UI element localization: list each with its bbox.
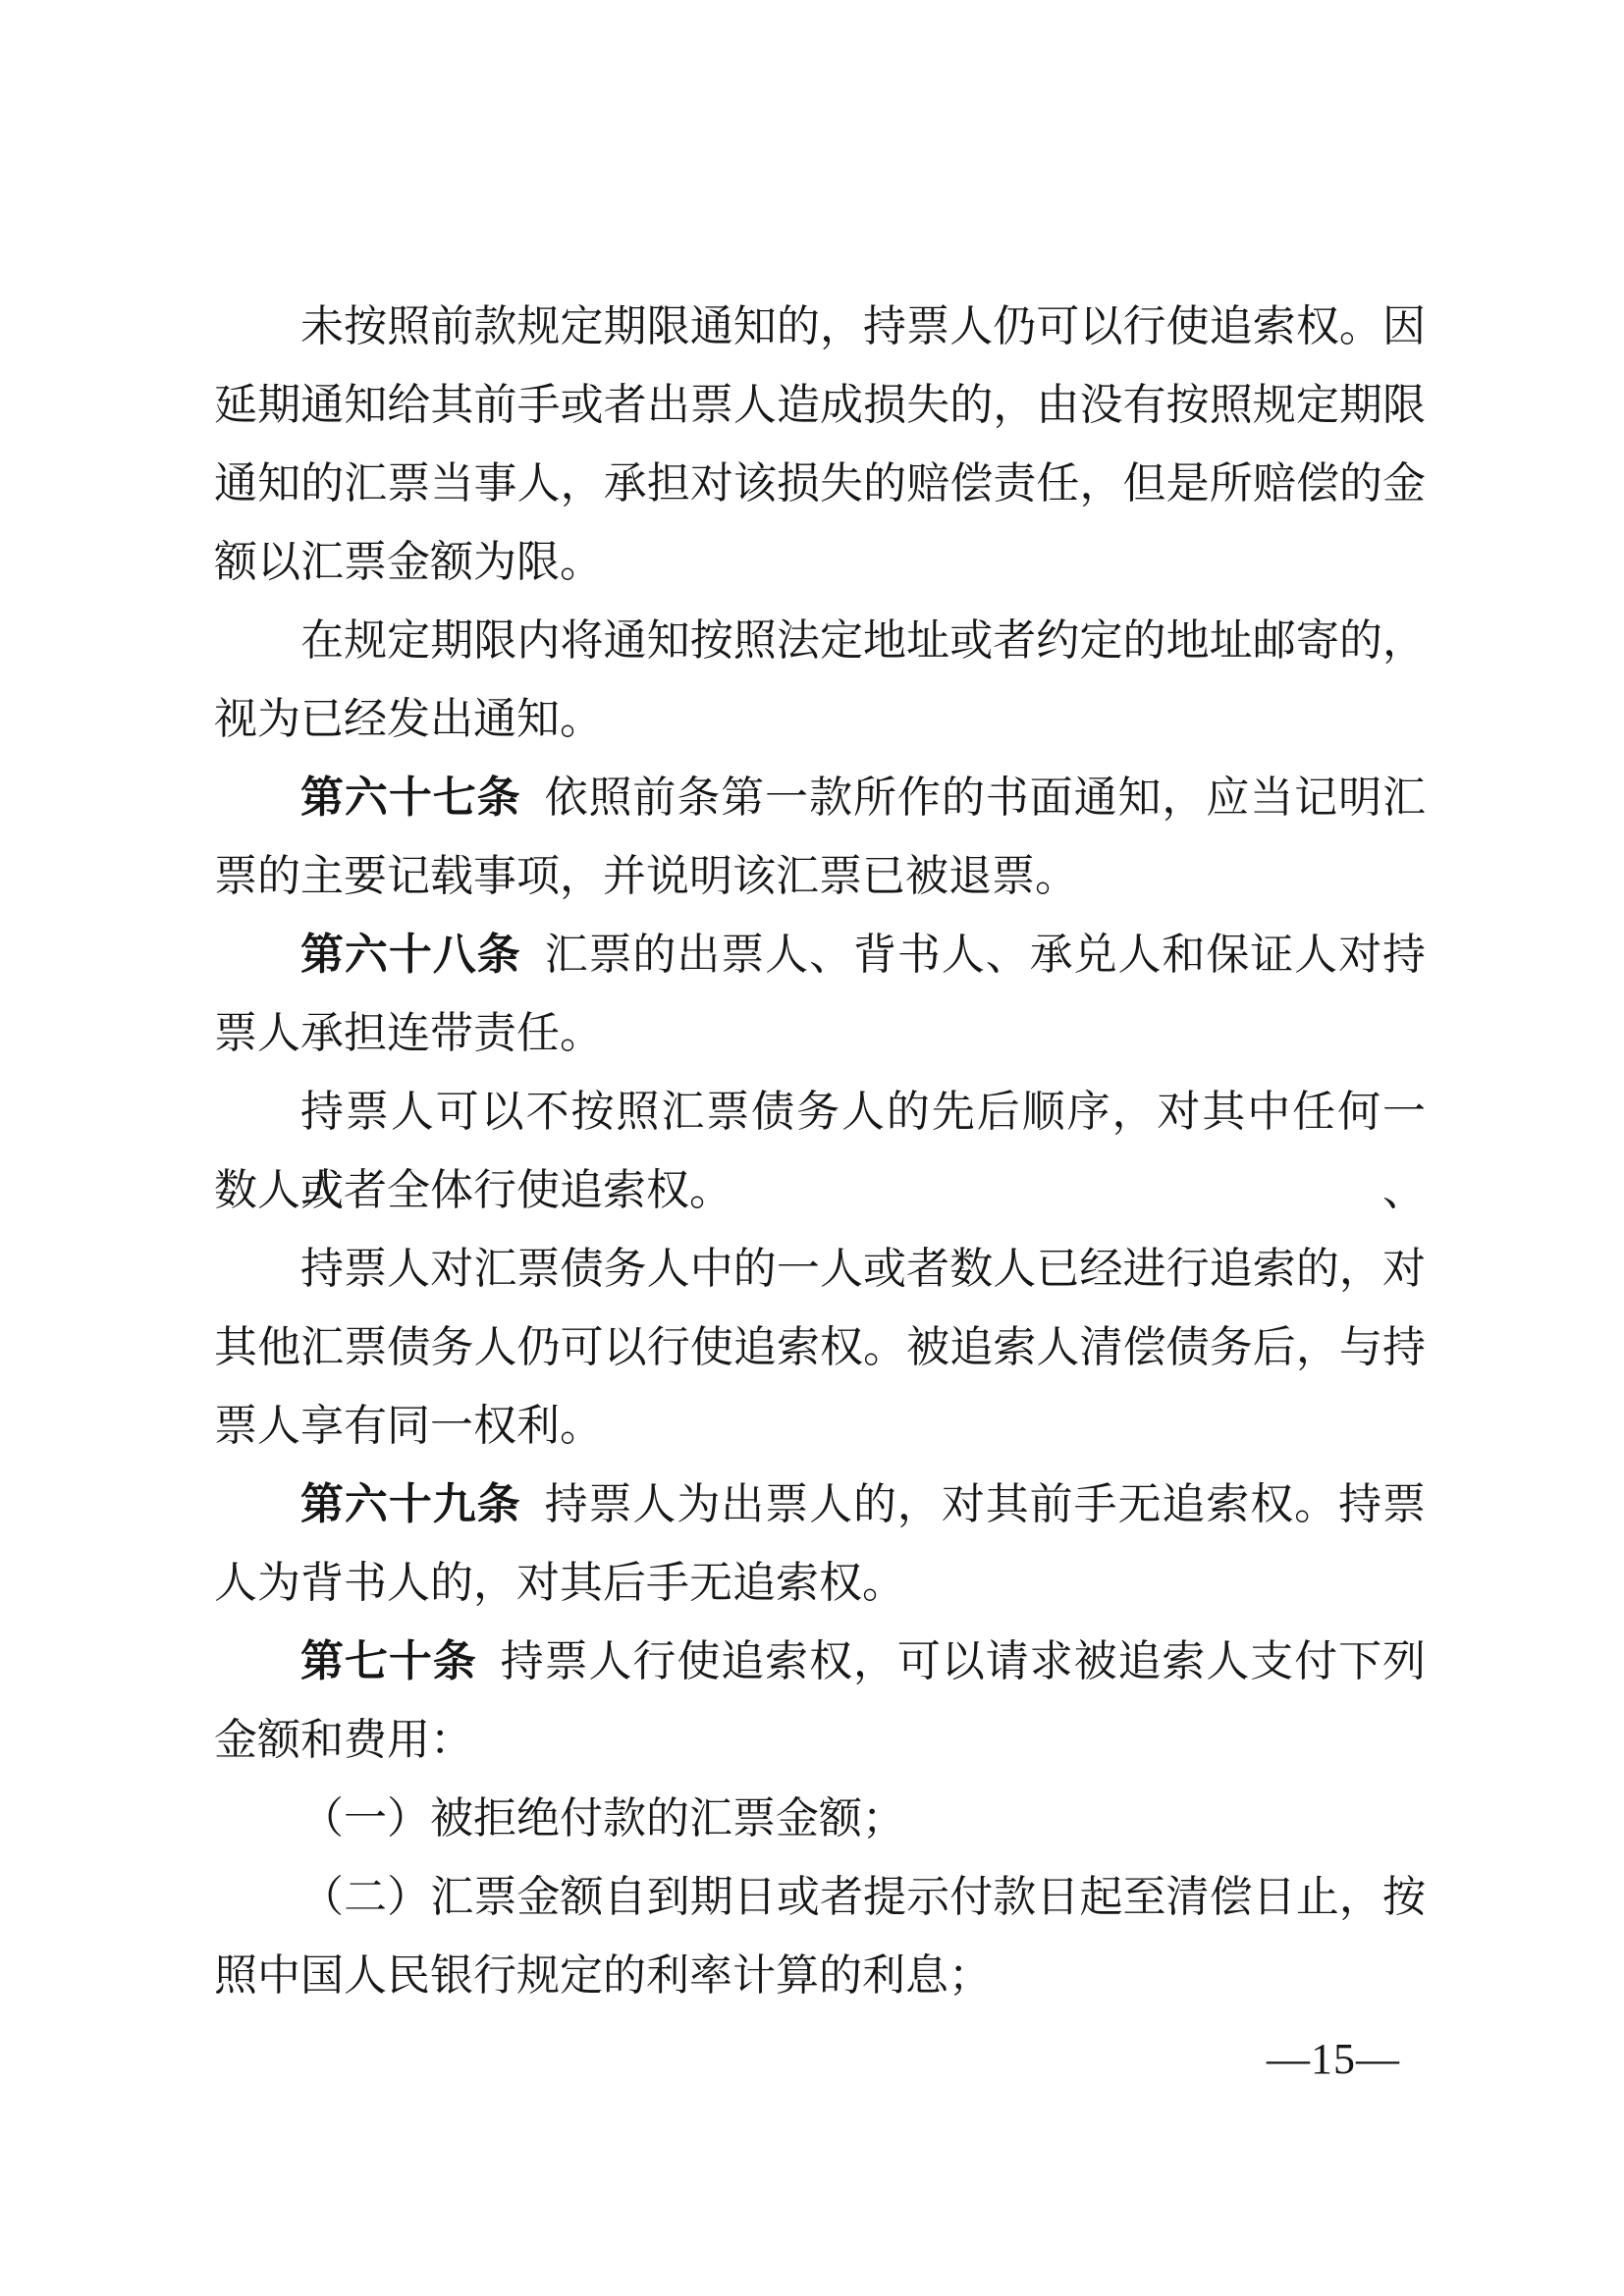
text-line: 票人享有同一权利。	[214, 1387, 1426, 1466]
body-text: 未按照前款规定期限通知的，持票人仍可以行使追索权。因 延期通知给其前手或者出票人…	[214, 288, 1426, 2015]
text-line: 票的主要记载事项，并说明该汇票已被退票。	[214, 837, 1426, 916]
text-line: 视为已经发出通知。	[214, 680, 1426, 759]
text-line: 第六十七条依照前条第一款所作的书面通知，应当记明汇	[214, 759, 1426, 837]
text-line: 持票人对汇票债务人中的一人或者数人已经进行追索的，对	[214, 1230, 1426, 1308]
article-number: 第六十九条	[300, 1480, 521, 1528]
text-line: 第七十条持票人行使追索权，可以请求被追索人支付下列	[214, 1623, 1426, 1701]
text-line: （一）被拒绝付款的汇票金额；	[214, 1780, 1426, 1858]
text-line: 金额和费用：	[214, 1701, 1426, 1780]
text-line: 照中国人民银行规定的利率计算的利息；	[214, 1937, 1426, 2015]
text-line: 额以汇票金额为限。	[214, 523, 1426, 602]
text-line: 第六十八条汇票的出票人、背书人、承兑人和保证人对持	[214, 916, 1426, 994]
text-line: 未按照前款规定期限通知的，持票人仍可以行使追索权。因	[214, 288, 1426, 366]
text-line: 其他汇票债务人仍可以行使追索权。被追索人清偿债务后，与持	[214, 1308, 1426, 1387]
article-number: 第七十条	[300, 1637, 477, 1685]
text-line: 第六十九条持票人为出票人的，对其前手无追索权。持票	[214, 1466, 1426, 1544]
text-line: 持票人可以不按照汇票债务人的先后顺序，对其中任何一人、	[214, 1073, 1426, 1151]
text-line: 延期通知给其前手或者出票人造成损失的，由没有按照规定期限	[214, 366, 1426, 445]
document-page: 未按照前款规定期限通知的，持票人仍可以行使追索权。因 延期通知给其前手或者出票人…	[0, 0, 1624, 2296]
article-text: 汇票的出票人、背书人、承兑人和保证人对持	[545, 931, 1426, 979]
text-line: 通知的汇票当事人，承担对该损失的赔偿责任，但是所赔偿的金	[214, 445, 1426, 523]
article-number: 第六十七条	[300, 774, 521, 822]
text-line: 在规定期限内将通知按照法定地址或者约定的地址邮寄的，	[214, 602, 1426, 680]
article-text: 持票人为出票人的，对其前手无追索权。持票	[545, 1480, 1426, 1528]
article-number: 第六十八条	[300, 931, 521, 979]
article-text: 持票人行使追索权，可以请求被追索人支付下列	[501, 1637, 1426, 1685]
text-line: 人为背书人的，对其后手无追索权。	[214, 1544, 1426, 1623]
text-line: （二）汇票金额自到期日或者提示付款日起至清偿日止，按	[214, 1858, 1426, 1937]
article-text: 依照前条第一款所作的书面通知，应当记明汇	[545, 774, 1426, 822]
text-line: 票人承担连带责任。	[214, 994, 1426, 1073]
page-number: —15—	[1267, 2030, 1400, 2089]
